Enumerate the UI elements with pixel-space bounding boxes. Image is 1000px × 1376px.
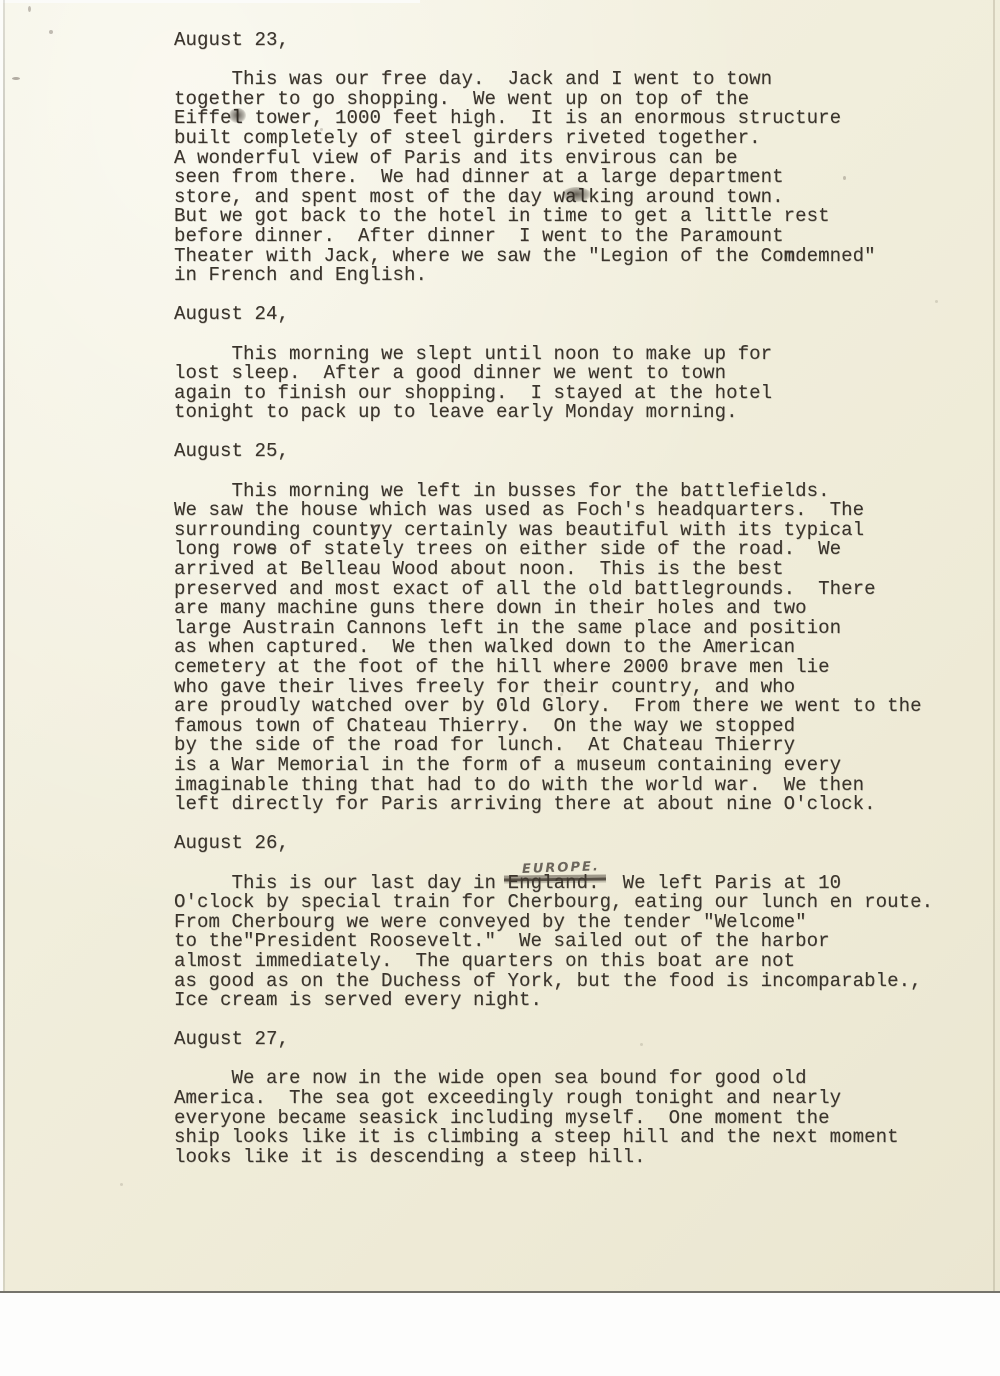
paper-left-edge-shadow xyxy=(3,0,5,1291)
text-line: tonight to pack up to leave early Monday… xyxy=(174,403,933,423)
scan-edge-top xyxy=(0,0,420,3)
date-heading: August 25, xyxy=(174,442,933,462)
ink-speck xyxy=(640,1043,643,1046)
typed-segment: August 27, xyxy=(174,1028,289,1050)
ink-speck xyxy=(12,77,20,80)
ink-speck xyxy=(49,30,53,34)
typed-segment: demned" xyxy=(795,245,876,267)
struck-out-word: England. xyxy=(508,872,600,894)
typed-segment: Ice cream is served every night. xyxy=(174,989,542,1011)
date-heading: August 26, xyxy=(174,834,933,854)
typed-segment: looks like it is descending a steep hill… xyxy=(174,1146,646,1168)
ink-speck xyxy=(28,6,31,12)
ink-speck xyxy=(935,300,938,303)
overstruck-characters: ry xyxy=(370,519,382,541)
ink-blot: al xyxy=(565,186,588,208)
overstruck-characters: es xyxy=(266,538,278,560)
scanned-diary-page: August 23, This was our free day. Jack a… xyxy=(0,0,1000,1376)
typed-segment: August 25, xyxy=(174,440,289,462)
paper-sheet: August 23, This was our free day. Jack a… xyxy=(0,0,1000,1293)
typed-segment: in French and English. xyxy=(174,264,427,286)
typed-segment: August 24, xyxy=(174,303,289,325)
typed-segment: tonight to pack up to leave early Monday… xyxy=(174,401,738,423)
date-heading: August 24, xyxy=(174,305,933,325)
overstruck-characters: 0O xyxy=(496,695,508,717)
typed-segment: August 26, xyxy=(174,832,289,854)
typed-segment: August 23, xyxy=(174,29,289,51)
ink-blot: l xyxy=(232,107,244,129)
overstruck-characters: nm xyxy=(784,245,796,267)
text-line: left directly for Paris arriving there a… xyxy=(174,795,933,815)
text-line: Ice cream is served every night. xyxy=(174,991,933,1011)
scanner-background xyxy=(0,1293,1000,1376)
ink-speck xyxy=(120,1183,123,1186)
text-line: in French and English. xyxy=(174,266,933,286)
overstruck-characters: mm xyxy=(715,1107,727,1129)
typed-segment: left directly for Paris arriving there a… xyxy=(174,793,876,815)
ink-speck xyxy=(320,128,323,131)
date-heading: August 23, xyxy=(174,31,933,51)
typed-text: August 23, This was our free day. Jack a… xyxy=(174,31,933,1167)
date-heading: August 27, xyxy=(174,1030,933,1050)
paper-crease xyxy=(993,0,995,1291)
ink-speck xyxy=(843,176,846,180)
ink-speck xyxy=(560,693,563,696)
text-line: looks like it is descending a steep hill… xyxy=(174,1148,933,1168)
